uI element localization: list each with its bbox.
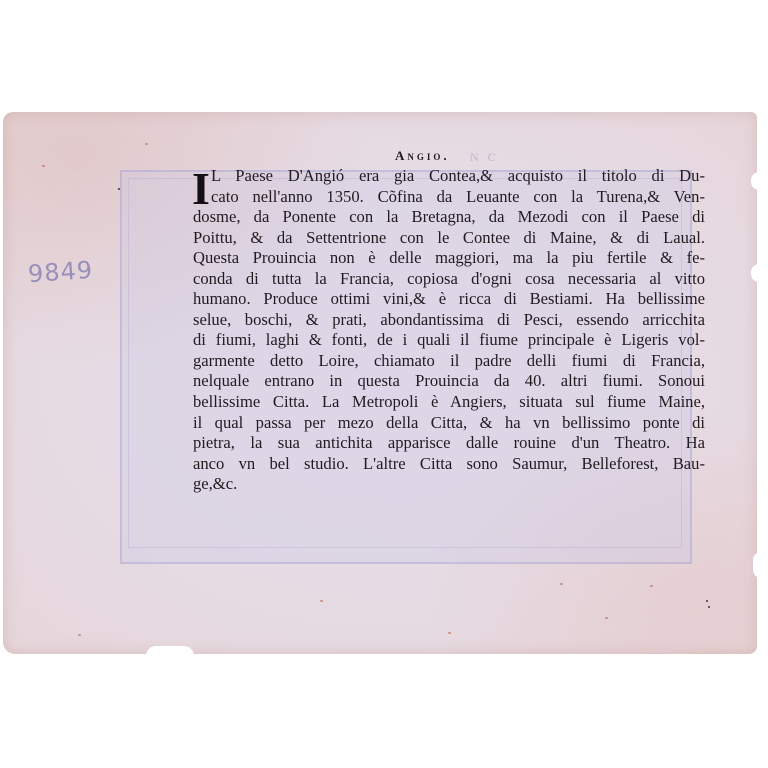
page-heading: Angio. (395, 148, 450, 164)
foxing-speck (448, 632, 451, 634)
drop-cap: I (192, 169, 210, 209)
text-line: il qual passa per mezo della Citta, & ha… (193, 413, 705, 434)
text-line: di fiumi, laghi & fonti, de i quali il f… (193, 330, 705, 351)
text-line: Questa Prouincia non è delle maggiori, m… (193, 248, 705, 269)
foxing-speck (145, 143, 148, 145)
text-line: humano. Produce ottimi vini,& è ricca di… (193, 289, 705, 310)
foxing-speck (650, 585, 653, 587)
edge-notch (751, 264, 759, 282)
text-line: anco vn bel studio. L'altre Citta sono S… (193, 454, 705, 475)
ink-dot (706, 600, 708, 602)
show-through-text: N C (470, 150, 499, 165)
text-line: bellissime Citta. La Metropoli è Angiers… (193, 392, 705, 413)
ink-dot (118, 188, 120, 190)
text-line: pietra, la sua antichita apparisce dalle… (193, 433, 705, 454)
text-line: Poittu, & da Settentrione con le Contee … (193, 228, 705, 249)
edge-notch (751, 172, 759, 190)
foxing-speck (560, 583, 563, 585)
text-line: ge,&c. (193, 474, 705, 495)
ink-dot (708, 606, 710, 608)
foxing-speck (78, 634, 81, 636)
text-line: conda di tutta la Francia, copiosa d'ogn… (193, 269, 705, 290)
edge-notch (753, 552, 761, 578)
text-line: L Paese D'Angió era gia Contea,& acquist… (193, 166, 705, 187)
pencil-inventory-number: 9849 (27, 256, 94, 288)
text-line: selue, boschi, & prati, abondantissima d… (193, 310, 705, 331)
text-line: nelquale entrano in questa Prouincia da … (193, 371, 705, 392)
foxing-speck (320, 600, 323, 602)
text-line: cato nell'anno 1350. Cõfina da Leuante c… (193, 187, 705, 208)
body-text: I L Paese D'Angió era gia Contea,& acqui… (193, 166, 705, 495)
text-line: dosme, da Ponente con la Bretagna, da Me… (193, 207, 705, 228)
text-line: garmente detto Loire, chiamato il padre … (193, 351, 705, 372)
foxing-speck (42, 165, 45, 167)
foxing-speck (605, 617, 608, 619)
